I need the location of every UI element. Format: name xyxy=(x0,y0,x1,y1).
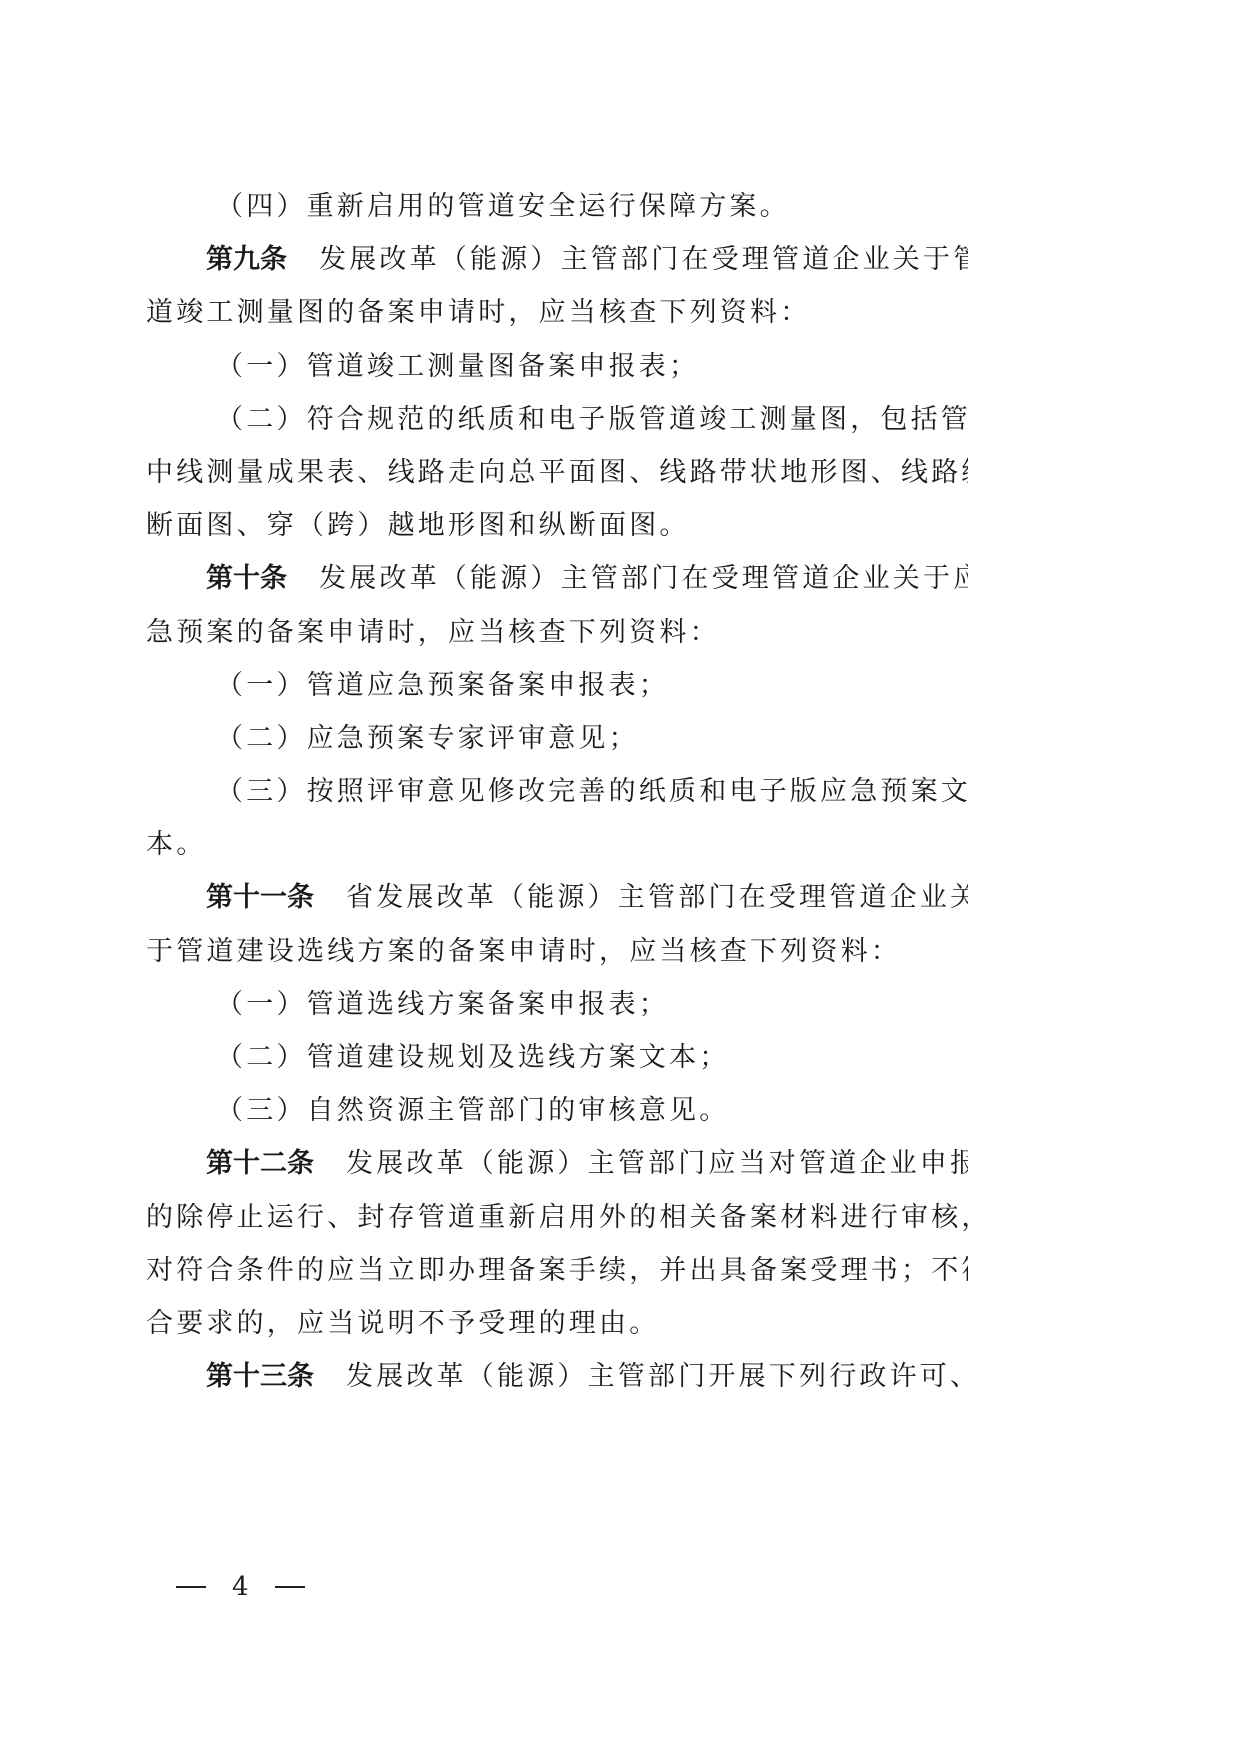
line-text: （一）管道竣工测量图备案申报表； xyxy=(216,351,699,382)
article-10-first-line: 第十条发展改革（能源）主管部门在受理管道企业关于应 xyxy=(146,552,968,605)
article-9-first-line: 第九条发展改革（能源）主管部门在受理管道企业关于管 xyxy=(146,233,968,286)
page-number: 4 xyxy=(232,1572,249,1602)
line-text: 断面图、穿（跨）越地形图和纵断面图。 xyxy=(146,510,690,541)
paragraph-continuation: 断面图、穿（跨）越地形图和纵断面图。 xyxy=(146,499,968,552)
line-text: 对符合条件的应当立即办理备案手续，并出具备案受理书；不符 xyxy=(146,1255,968,1286)
list-item: （三）按照评审意见修改完善的纸质和电子版应急预案文 xyxy=(146,765,968,818)
line-text: 发展改革（能源）主管部门在受理管道企业关于应 xyxy=(319,563,968,594)
list-item: （二）管道建设规划及选线方案文本； xyxy=(146,1031,968,1084)
article-heading: 第九条 xyxy=(206,244,287,275)
line-text: 省发展改革（能源）主管部门在受理管道企业关 xyxy=(346,882,968,913)
line-text: 合要求的，应当说明不予受理的理由。 xyxy=(146,1308,659,1339)
line-text: 发展改革（能源）主管部门在受理管道企业关于管 xyxy=(319,244,968,275)
page-footer: 4 xyxy=(176,1572,305,1602)
article-heading: 第十条 xyxy=(206,563,287,594)
line-text: 道竣工测量图的备案申请时，应当核查下列资料： xyxy=(146,297,810,328)
article-heading: 第十一条 xyxy=(206,882,314,913)
document-body: （四）重新启用的管道安全运行保障方案。 第九条发展改革（能源）主管部门在受理管道… xyxy=(146,180,968,1403)
line-text: 本。 xyxy=(146,829,206,860)
list-item: （三）自然资源主管部门的审核意见。 xyxy=(146,1084,968,1137)
line-text: （四）重新启用的管道安全运行保障方案。 xyxy=(216,191,790,222)
line-text: 于管道建设选线方案的备案申请时，应当核查下列资料： xyxy=(146,936,901,967)
line-text: 中线测量成果表、线路走向总平面图、线路带状地形图、线路纵 xyxy=(146,457,968,488)
line-text: （二）应急预案专家评审意见； xyxy=(216,723,639,754)
list-item: （一）管道应急预案备案申报表； xyxy=(146,659,968,712)
article-13-first-line: 第十三条发展改革（能源）主管部门开展下列行政许可、 xyxy=(146,1350,968,1403)
line-text: 发展改革（能源）主管部门开展下列行政许可、 xyxy=(346,1361,968,1392)
article-heading: 第十二条 xyxy=(206,1148,314,1179)
list-item: （二）符合规范的纸质和电子版管道竣工测量图，包括管道 xyxy=(146,393,968,446)
line-text: （一）管道应急预案备案申报表； xyxy=(216,670,669,701)
list-item-reuse-safety-plan: （四）重新启用的管道安全运行保障方案。 xyxy=(146,180,968,233)
paragraph-continuation: 的除停止运行、封存管道重新启用外的相关备案材料进行审核， xyxy=(146,1191,968,1244)
paragraph-continuation: 中线测量成果表、线路走向总平面图、线路带状地形图、线路纵 xyxy=(146,446,968,499)
article-heading: 第十三条 xyxy=(206,1361,314,1392)
line-text: 发展改革（能源）主管部门应当对管道企业申报 xyxy=(346,1148,968,1179)
list-item: （一）管道竣工测量图备案申报表； xyxy=(146,340,968,393)
list-item: （一）管道选线方案备案申报表； xyxy=(146,978,968,1031)
line-text: （三）按照评审意见修改完善的纸质和电子版应急预案文 xyxy=(216,776,968,807)
article-9-continuation: 道竣工测量图的备案申请时，应当核查下列资料： xyxy=(146,286,968,339)
footer-dash-right xyxy=(275,1586,305,1588)
footer-dash-left xyxy=(176,1586,206,1588)
article-10-continuation: 急预案的备案申请时，应当核查下列资料： xyxy=(146,606,968,659)
line-text: （二）管道建设规划及选线方案文本； xyxy=(216,1042,729,1073)
article-12-first-line: 第十二条发展改革（能源）主管部门应当对管道企业申报 xyxy=(146,1137,968,1190)
article-11-continuation: 于管道建设选线方案的备案申请时，应当核查下列资料： xyxy=(146,925,968,978)
line-text: （二）符合规范的纸质和电子版管道竣工测量图，包括管道 xyxy=(216,404,968,435)
paragraph-continuation: 本。 xyxy=(146,818,968,871)
line-text: 的除停止运行、封存管道重新启用外的相关备案材料进行审核， xyxy=(146,1202,968,1233)
line-text: （一）管道选线方案备案申报表； xyxy=(216,989,669,1020)
list-item: （二）应急预案专家评审意见； xyxy=(146,712,968,765)
article-11-first-line: 第十一条省发展改革（能源）主管部门在受理管道企业关 xyxy=(146,871,968,924)
line-text: （三）自然资源主管部门的审核意见。 xyxy=(216,1095,729,1126)
line-text: 急预案的备案申请时，应当核查下列资料： xyxy=(146,617,720,648)
paragraph-continuation: 合要求的，应当说明不予受理的理由。 xyxy=(146,1297,968,1350)
paragraph-continuation: 对符合条件的应当立即办理备案手续，并出具备案受理书；不符 xyxy=(146,1244,968,1297)
